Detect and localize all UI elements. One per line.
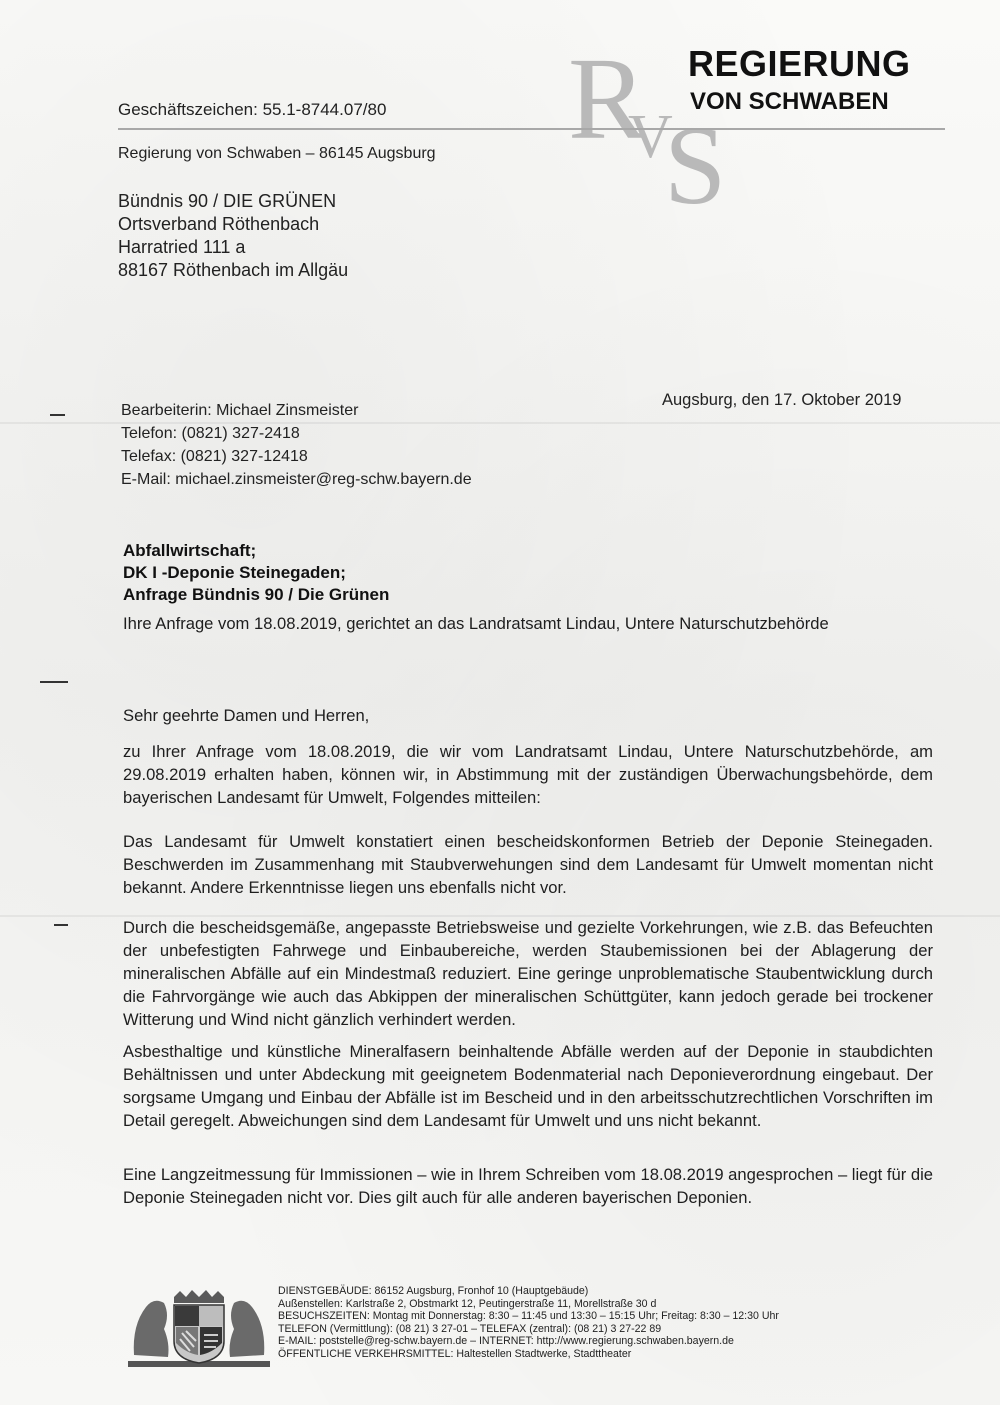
inquiry-reference: Ihre Anfrage vom 18.08.2019, gerichtet a… (123, 614, 829, 634)
subject-line: DK I -Deponie Steinegaden; (123, 562, 389, 584)
footer-line: E-MAIL: poststelle@reg-schw.bayern.de – … (278, 1335, 779, 1348)
contact-person: Bearbeiterin: Michael Zinsmeister (121, 399, 472, 422)
contact-phone: Telefon: (0821) 327-2418 (121, 422, 472, 445)
footer-line: TELEFON (Vermittlung): (08 21) 3 27-01 –… (278, 1323, 779, 1336)
letterhead-divider (118, 128, 945, 130)
org-name-line2: VON SCHWABEN (690, 88, 889, 116)
recipient-line: Bündnis 90 / DIE GRÜNEN (118, 190, 348, 213)
body-paragraph: Das Landesamt für Umwelt konstatiert ein… (123, 830, 933, 899)
reference-number: Geschäftszeichen: 55.1-8744.07/80 (118, 100, 386, 120)
body-paragraph: Asbesthaltige und künstliche Mineralfase… (123, 1040, 933, 1132)
org-name-line1: REGIERUNG (688, 43, 911, 85)
fold-mark (54, 924, 68, 926)
logo-letter-s: S (664, 110, 726, 222)
subject-line: Anfrage Bündnis 90 / Die Grünen (123, 584, 389, 606)
letter-date: Augsburg, den 17. Oktober 2019 (662, 391, 901, 410)
body-paragraph: Durch die bescheidsgemäße, angepasste Be… (123, 916, 933, 1031)
footer-line: Außenstellen: Karlstraße 2, Obstmarkt 12… (278, 1298, 779, 1311)
footer-line: BESUCHSZEITEN: Montag mit Donnerstag: 8:… (278, 1310, 779, 1323)
contact-block: Bearbeiterin: Michael Zinsmeister Telefo… (121, 399, 472, 491)
fold-mark (40, 681, 68, 683)
body-paragraph: Eine Langzeitmessung für Immissionen – w… (123, 1163, 933, 1209)
subject-line: Abfallwirtschaft; (123, 540, 389, 562)
body-paragraph: zu Ihrer Anfrage vom 18.08.2019, die wir… (123, 740, 933, 809)
footer-line: DIENSTGEBÄUDE: 86152 Augsburg, Fronhof 1… (278, 1285, 779, 1298)
recipient-line: Harratried 111 a (118, 236, 348, 259)
footer-line: ÖFFENTLICHE VERKEHRSMITTEL: Haltestellen… (278, 1348, 779, 1361)
sender-return-line: Regierung von Schwaben – 86145 Augsburg (118, 145, 436, 163)
fold-mark (50, 414, 65, 416)
footer-info: DIENSTGEBÄUDE: 86152 Augsburg, Fronhof 1… (278, 1285, 779, 1361)
recipient-line: 88167 Röthenbach im Allgäu (118, 259, 348, 282)
contact-fax: Telefax: (0821) 327-12418 (121, 445, 472, 468)
salutation: Sehr geehrte Damen und Herren, (123, 706, 369, 726)
subject-block: Abfallwirtschaft; DK I -Deponie Steinega… (123, 540, 389, 606)
recipient-line: Ortsverband Röthenbach (118, 213, 348, 236)
contact-email: E-Mail: michael.zinsmeister@reg-schw.bay… (121, 468, 472, 491)
bavarian-coat-of-arms-icon (124, 1285, 274, 1371)
recipient-address: Bündnis 90 / DIE GRÜNEN Ortsverband Röth… (118, 190, 348, 282)
